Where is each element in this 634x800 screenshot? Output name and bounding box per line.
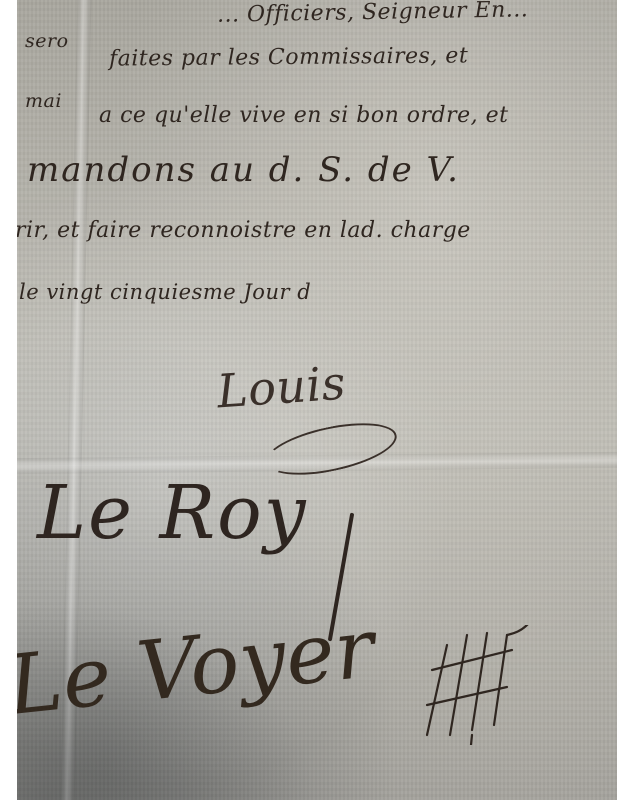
text-line-3: a ce qu'elle vive en si bon ordre, et bbox=[99, 103, 508, 128]
margin-text-line-3: mai bbox=[25, 90, 62, 112]
document-photo: ... Officiers, Seigneur En... sero faite… bbox=[17, 0, 617, 800]
paraph-flourish-icon bbox=[412, 625, 542, 745]
text-line-6: le vingt cinquiesme Jour d bbox=[19, 280, 311, 304]
signature-louis: Louis bbox=[215, 356, 347, 419]
margin-text-line-2: sero bbox=[25, 30, 69, 52]
text-line-2: faites par les Commissaires, et bbox=[109, 43, 468, 71]
text-line-4: mandons au d. S. de V. bbox=[27, 150, 460, 190]
signature-le-roy: Le Roy bbox=[37, 470, 308, 556]
text-line-5: rir, et faire reconnoistre en lad. charg… bbox=[17, 218, 471, 243]
